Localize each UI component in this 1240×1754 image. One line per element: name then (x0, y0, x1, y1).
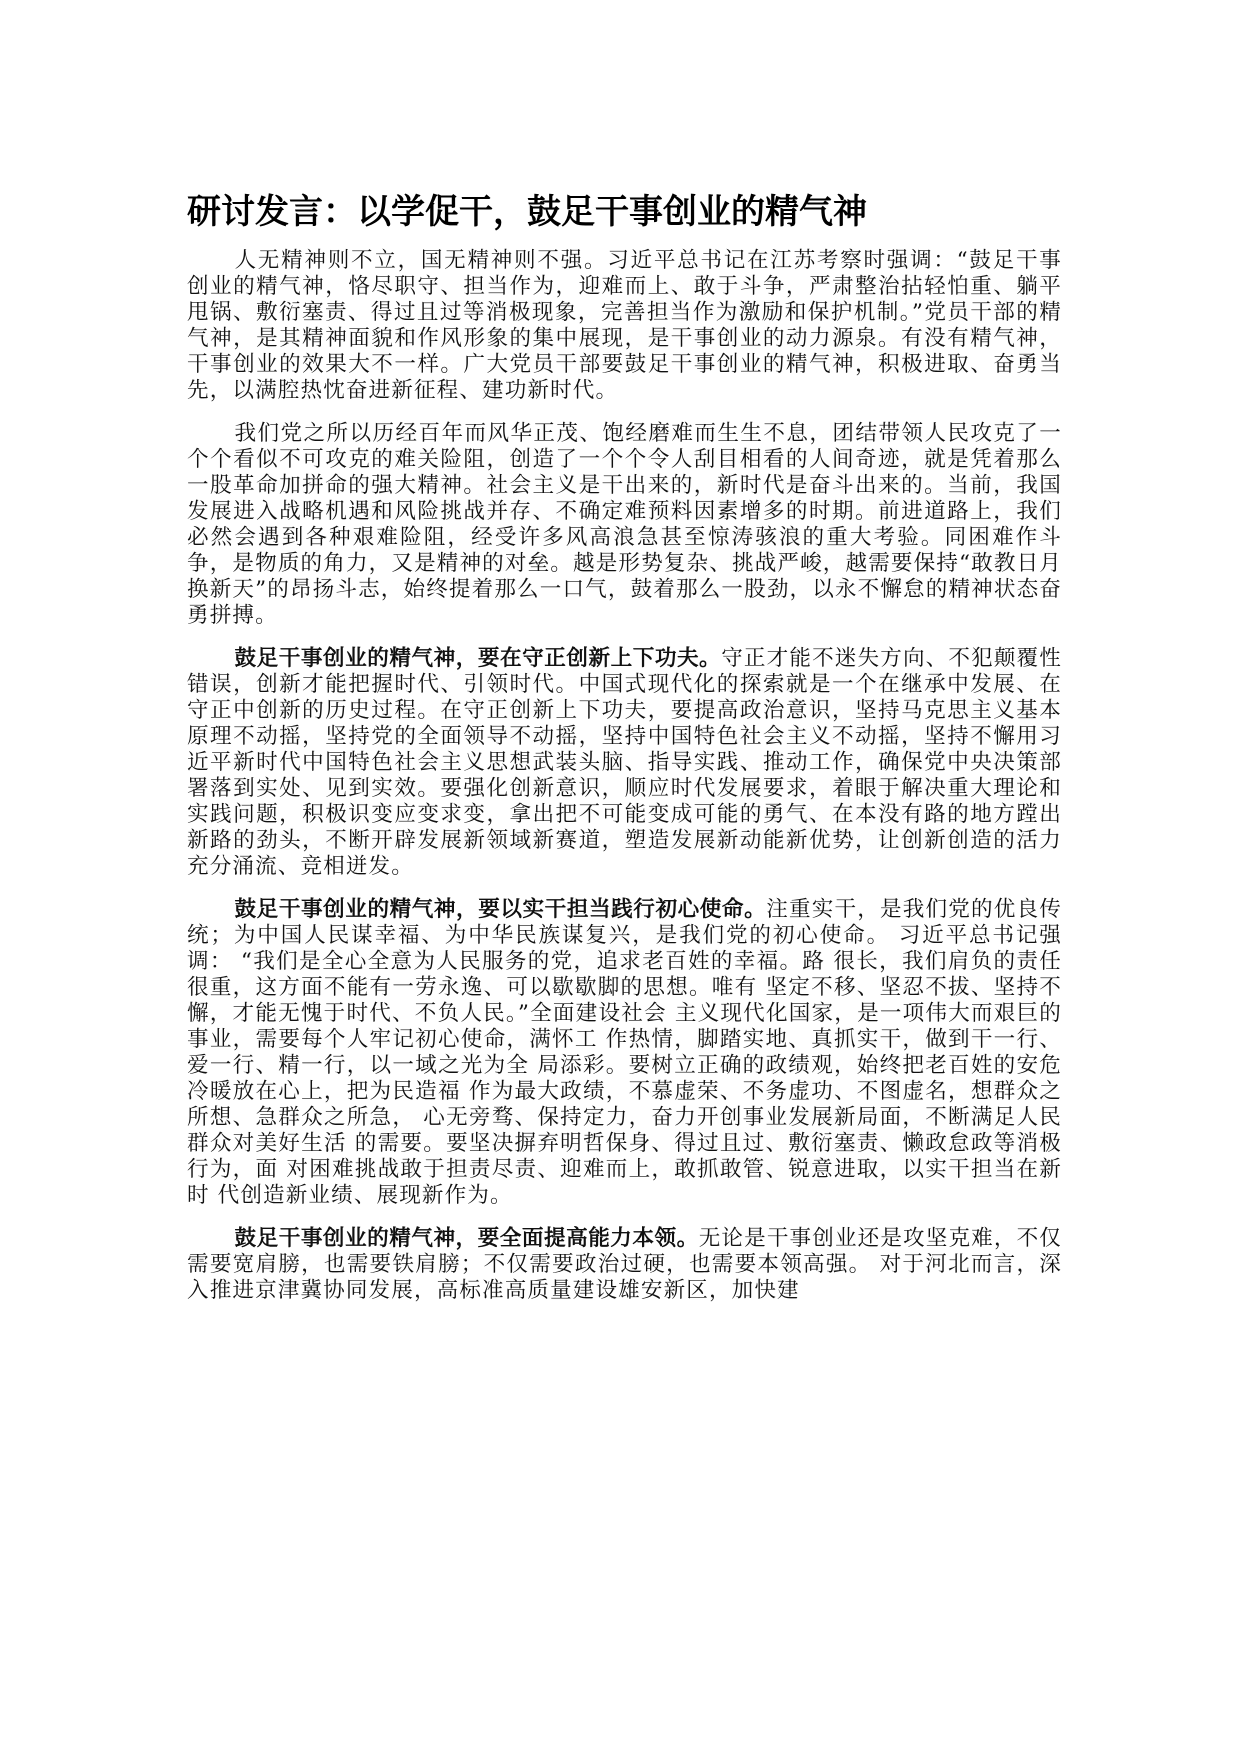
paragraph-lead-heading: 鼓足干事创业的精气神，要以实干担当践行初心使命。 (235, 897, 767, 922)
paragraph-text: 注重实干，是我们党的优良传统；为中国人民谋幸福、为中华民族谋复兴，是我们党的初心… (187, 897, 1062, 1208)
paragraph-text: 守正才能不迷失方向、不犯颠覆性错误，创新才能把握时代、引领时代。中国式现代化的探… (187, 646, 1062, 879)
paragraph-1: 人无精神则不立，国无精神则不强。习近平总书记在江苏考察时强调：“鼓足干事创业的精… (187, 248, 1062, 404)
paragraph-4: 鼓足干事创业的精气神，要以实干担当践行初心使命。注重实干，是我们党的优良传统；为… (187, 897, 1062, 1209)
document-page: 研讨发言：以学促干，鼓足干事创业的精气神 人无精神则不立，国无精神则不强。习近平… (187, 186, 1062, 1321)
paragraph-lead-heading: 鼓足干事创业的精气神，要全面提高能力本领。 (235, 1226, 699, 1251)
paragraph-5: 鼓足干事创业的精气神，要全面提高能力本领。无论是干事创业还是攻坚克难，不仅需要宽… (187, 1226, 1062, 1304)
paragraph-3: 鼓足干事创业的精气神，要在守正创新上下功夫。守正才能不迷失方向、不犯颠覆性错误，… (187, 646, 1062, 880)
paragraph-lead-heading: 鼓足干事创业的精气神，要在守正创新上下功夫。 (235, 646, 722, 671)
paragraph-text: 人无精神则不立，国无精神则不强。习近平总书记在江苏考察时强调：“鼓足干事创业的精… (187, 248, 1062, 403)
document-title: 研讨发言：以学促干，鼓足干事创业的精气神 (187, 186, 1062, 238)
paragraph-text: 我们党之所以历经百年而风华正茂、饱经磨难而生生不息，团结带领人民攻克了一个个看似… (187, 421, 1062, 628)
paragraph-2: 我们党之所以历经百年而风华正茂、饱经磨难而生生不息，团结带领人民攻克了一个个看似… (187, 421, 1062, 629)
